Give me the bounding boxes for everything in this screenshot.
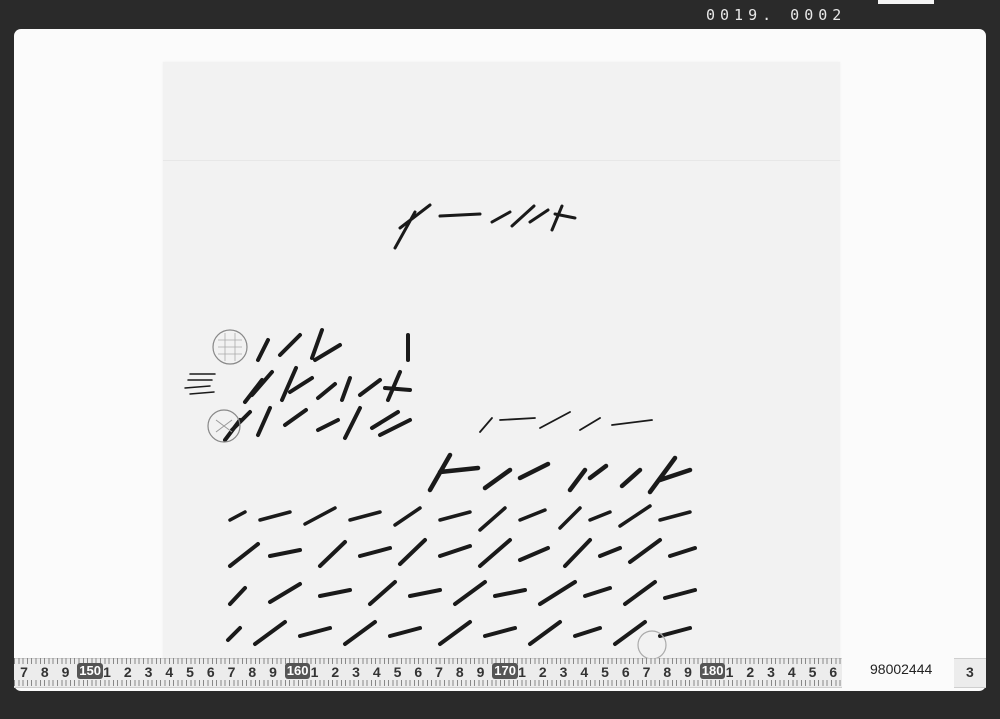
ruler-label: 1: [308, 664, 322, 680]
ruler-end-label: 3: [966, 664, 974, 680]
ruler-label: 7: [640, 664, 654, 680]
ruler-label: 8: [245, 664, 259, 680]
measurement-ruler: 7891501234567891601234567891701234567891…: [14, 655, 986, 692]
text-column-2: [230, 506, 690, 530]
ruler-label: 9: [266, 664, 280, 680]
ruler-label: 6: [619, 664, 633, 680]
ruler-label: 1: [723, 664, 737, 680]
ruler-label: 3: [349, 664, 363, 680]
handwritten-text: [0, 0, 1000, 719]
ruler-label: 9: [474, 664, 488, 680]
catalog-number: 98002444: [870, 661, 932, 677]
ruler-label: 6: [411, 664, 425, 680]
ruler-label: 7: [17, 664, 31, 680]
ruler-label: 2: [328, 664, 342, 680]
text-column-3: [230, 540, 695, 566]
ruler-label: 4: [162, 664, 176, 680]
text-column-4: [230, 582, 695, 604]
ruler-label: 5: [598, 664, 612, 680]
ruler-label: 1: [515, 664, 529, 680]
ruler-label: 6: [204, 664, 218, 680]
ruler-label: 7: [225, 664, 239, 680]
ruler-label: 3: [142, 664, 156, 680]
ruler-ticks-bottom: [14, 680, 842, 686]
ruler-label: 3: [764, 664, 778, 680]
ruler-label: 3: [557, 664, 571, 680]
ruler-label: 2: [743, 664, 757, 680]
ruler-label: 2: [536, 664, 550, 680]
ruler-label: 5: [391, 664, 405, 680]
ruler-label: 4: [370, 664, 384, 680]
text-column-1: [430, 455, 690, 492]
ruler-label: 8: [660, 664, 674, 680]
ruler-label: 8: [38, 664, 52, 680]
ruler-label: 8: [453, 664, 467, 680]
signature-small-note: [185, 374, 215, 394]
ruler-label: 1: [100, 664, 114, 680]
ruler-label: 4: [577, 664, 591, 680]
date-line: [480, 412, 652, 432]
address-line: [395, 205, 575, 248]
ruler-label: 6: [826, 664, 840, 680]
ruler-label: 9: [681, 664, 695, 680]
ruler-label: 9: [59, 664, 73, 680]
ruler-label: 7: [432, 664, 446, 680]
ruler-label: 5: [806, 664, 820, 680]
ruler-label: 5: [183, 664, 197, 680]
text-column-5: [228, 622, 690, 644]
ruler-label: 4: [785, 664, 799, 680]
signature-column-2: [225, 330, 340, 440]
ruler-label: 2: [121, 664, 135, 680]
